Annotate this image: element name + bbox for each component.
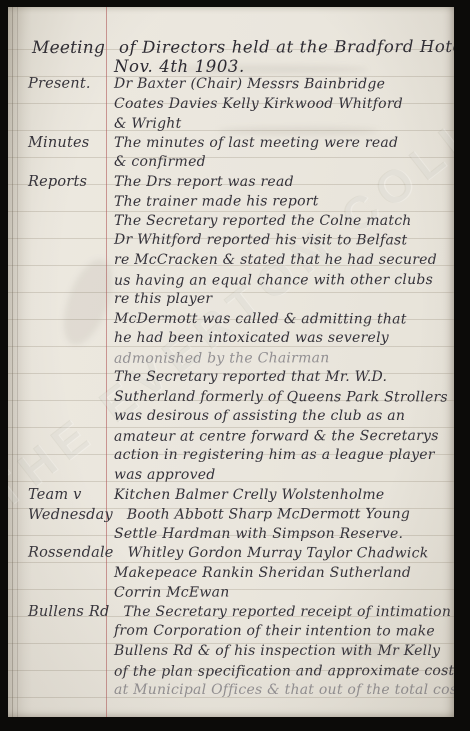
minute-line: Team v Kitchen Balmer Crelly Wolstenholm… xyxy=(8,487,454,507)
minute-line: Reports The Drs report was read xyxy=(8,174,454,194)
minute-text: Nov. 4th 1903. xyxy=(100,57,245,76)
minute-line: Minutes The minutes of last meeting were… xyxy=(8,135,454,155)
minute-line: McDermott was called & admitting that xyxy=(8,310,454,330)
minute-line: Rossendale Whitley Gordon Murray Taylor … xyxy=(8,545,454,565)
minute-line: The Secretary reported the Colne match xyxy=(8,213,454,233)
minute-book-page: THE EVERTON COLLECTION Meeting of Direct… xyxy=(8,7,454,717)
minute-line: Dr Whitford reported his visit to Belfas… xyxy=(8,232,454,252)
minute-text: Settle Hardman with Simpson Reserve. xyxy=(100,526,403,542)
minute-line: was desirous of assisting the club as an xyxy=(8,408,454,428)
minute-line: he had been intoxicated was severely xyxy=(8,330,454,350)
minute-text: Sutherland formerly of Queens Park Strol… xyxy=(100,389,448,406)
minute-text: us having an equal chance with other clu… xyxy=(100,272,433,289)
minute-text: admonished by the Chairman xyxy=(100,350,330,367)
minute-line: The Secretary reported that Mr. W.D. xyxy=(8,369,454,389)
minute-text: was approved xyxy=(100,467,216,483)
minute-line: Present. Dr Baxter (Chair) Messrs Bainbr… xyxy=(8,76,454,96)
minute-text: & confirmed xyxy=(100,154,206,170)
minute-text: amateur at centre forward & the Secretar… xyxy=(100,428,439,445)
minute-line: Meeting of Directors held at the Bradfor… xyxy=(8,37,454,58)
minute-line: & Wright xyxy=(8,115,454,136)
minute-line: Makepeace Rankin Sheridan Sutherland xyxy=(8,565,454,585)
minute-line: Bullens Rd The Secretary reported receip… xyxy=(8,604,454,624)
minute-line: Bullens Rd & of his inspection with Mr K… xyxy=(8,643,454,663)
minute-text: Bullens Rd & of his inspection with Mr K… xyxy=(100,643,440,659)
minute-text: Dr Whitford reported his visit to Belfas… xyxy=(100,232,407,249)
minute-text: Corrin McEwan xyxy=(100,585,230,601)
margin-heading: Team v xyxy=(8,487,100,503)
minute-line: Nov. 4th 1903. xyxy=(8,57,454,77)
minute-text: The Drs report was read xyxy=(100,174,294,190)
photo-frame: THE EVERTON COLLECTION Meeting of Direct… xyxy=(0,0,470,731)
minute-text: Makepeace Rankin Sheridan Sutherland xyxy=(100,565,411,581)
minute-text: re McCracken & stated that he had secure… xyxy=(100,252,437,268)
minute-line: amateur at centre forward & the Secretar… xyxy=(8,428,454,449)
minute-line: of the plan specification and approximat… xyxy=(8,662,454,683)
minute-line: us having an equal chance with other clu… xyxy=(8,271,454,292)
minute-text: Coates Davies Kelly Kirkwood Whitford xyxy=(100,96,403,112)
minute-text: of the plan specification and approximat… xyxy=(100,662,454,679)
minute-line: admonished by the Chairman xyxy=(8,350,454,371)
minute-line: re this player xyxy=(8,291,454,311)
minute-lines: Meeting of Directors held at the Bradfor… xyxy=(8,37,454,702)
minute-text: McDermott was called & admitting that xyxy=(100,310,407,327)
minute-line: Settle Hardman with Simpson Reserve. xyxy=(8,526,454,546)
minute-text: from Corporation of their intention to m… xyxy=(100,623,435,640)
minute-line: & confirmed xyxy=(8,154,454,174)
minute-text: of Directors held at the Bradford Hotel xyxy=(105,37,454,57)
minute-text: Dr Baxter (Chair) Messrs Bainbridge xyxy=(100,76,385,93)
minute-text: Whitley Gordon Murray Taylor Chadwick xyxy=(114,545,429,562)
minute-text: The Secretary reported that Mr. W.D. xyxy=(100,369,387,385)
minute-line: re McCracken & stated that he had secure… xyxy=(8,252,454,272)
margin-heading: Minutes xyxy=(8,135,100,151)
minute-line: Wednesday Booth Abbott Sharp McDermott Y… xyxy=(8,506,454,527)
margin-heading: Meeting xyxy=(8,38,105,58)
minute-line: Coates Davies Kelly Kirkwood Whitford xyxy=(8,96,454,116)
minute-text: at Municipal Offices & that out of the t… xyxy=(100,682,454,698)
minute-text: Booth Abbott Sharp McDermott Young xyxy=(113,506,410,523)
minute-text: The minutes of last meeting were read xyxy=(100,135,398,151)
minute-text: The Secretary reported the Colne match xyxy=(100,213,412,229)
minute-line: Sutherland formerly of Queens Park Strol… xyxy=(8,388,454,408)
minute-text: & Wright xyxy=(100,116,181,132)
minute-text: was desirous of assisting the club as an xyxy=(100,408,405,424)
minute-line: at Municipal Offices & that out of the t… xyxy=(8,682,454,702)
minute-text: The Secretary reported receipt of intima… xyxy=(109,604,451,620)
minute-line: was approved xyxy=(8,467,454,487)
minute-text: The trainer made his report xyxy=(100,194,319,211)
minute-text: he had been intoxicated was severely xyxy=(100,330,389,346)
minute-line: The trainer made his report xyxy=(8,193,454,214)
margin-heading: Reports xyxy=(8,174,100,190)
minute-line: Corrin McEwan xyxy=(8,584,454,605)
margin-heading: Rossendale xyxy=(8,545,114,561)
margin-heading: Wednesday xyxy=(8,507,113,523)
minute-text: re this player xyxy=(100,291,212,307)
margin-heading: Bullens Rd xyxy=(8,604,109,620)
minute-line: from Corporation of their intention to m… xyxy=(8,623,454,643)
minute-text: action in registering him as a league pl… xyxy=(100,447,435,463)
minute-text: Kitchen Balmer Crelly Wolstenholme xyxy=(100,487,384,503)
minute-line: action in registering him as a league pl… xyxy=(8,447,454,467)
margin-heading: Present. xyxy=(8,76,100,92)
